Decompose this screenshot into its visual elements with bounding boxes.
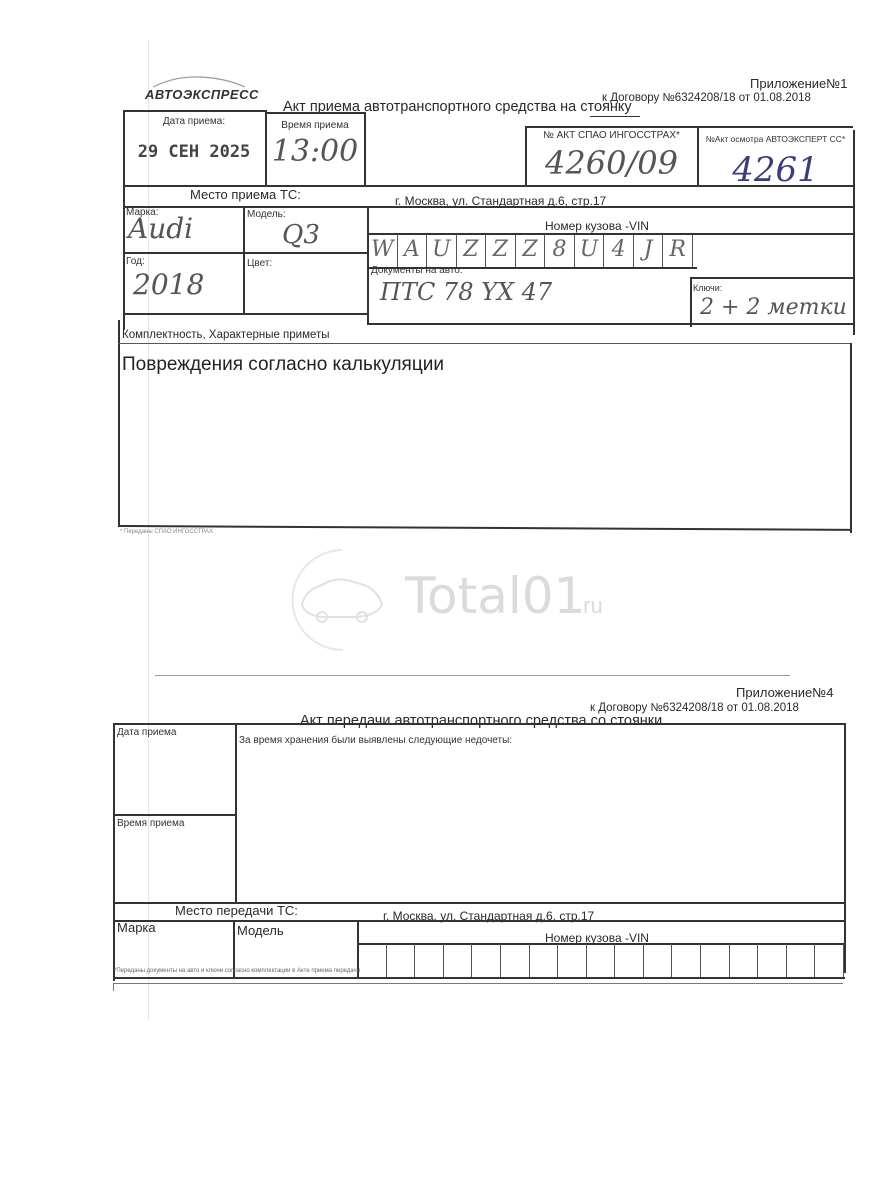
model-label: Модель — [237, 923, 284, 938]
brand-label: Марка — [117, 920, 156, 935]
vin-cell: Z — [457, 234, 487, 267]
vin-cell — [615, 944, 644, 978]
form-title: Акт передачи автотранспортного средства … — [300, 713, 662, 729]
car-silhouette-icon — [145, 74, 255, 88]
vin-cell — [787, 944, 816, 978]
logo-text: АВТОЭКСПРЕСС — [145, 87, 259, 102]
vin-cell — [815, 944, 844, 978]
completeness-value: Повреждения согласно калькуляции — [122, 354, 444, 376]
documents-label: Документы на авто: — [371, 265, 463, 276]
vin-cell — [387, 944, 416, 978]
date-label: Дата приема — [117, 727, 176, 738]
model-value: Q3 — [282, 220, 320, 250]
vin-cell: 4 — [604, 234, 634, 267]
vin-cell: Z — [486, 234, 516, 267]
vin-cell — [701, 944, 730, 978]
ingos-act-number: 4260/09 — [526, 144, 697, 182]
vin-cell — [558, 944, 587, 978]
vin-cell: R — [663, 234, 693, 267]
model-label: Модель: — [247, 209, 286, 220]
appendix-label: Приложение№1 — [750, 76, 847, 91]
form2-footnote: *Переданы документы на авто и ключи согл… — [114, 968, 360, 974]
place-label: Место приема ТС: — [190, 187, 301, 202]
watermark-text: Total01 — [405, 567, 585, 625]
place-label: Место передачи ТС: — [175, 903, 298, 918]
total01-watermark: Total01 .ru — [287, 545, 607, 655]
date-stamp: 29 СЕН 2025 — [124, 142, 264, 162]
keys-label: Ключи: — [693, 283, 722, 293]
inspection-act-label: №Акт осмотра АВТОЭКСПЕРТ СС* — [698, 134, 853, 144]
vin-cell: U — [427, 234, 457, 267]
color-label: Цвет: — [247, 258, 272, 269]
vin-cell — [758, 944, 787, 978]
appendix-label: Приложение№4 — [736, 685, 833, 700]
vin-cell: A — [398, 234, 428, 267]
vin-grid — [358, 944, 844, 978]
vin-cell — [530, 944, 559, 978]
vin-cell — [358, 944, 387, 978]
date-label: Дата приема: — [124, 116, 264, 127]
vin-cell: 8 — [545, 234, 575, 267]
vin-cell: U — [575, 234, 605, 267]
vin-cell: W — [368, 234, 398, 267]
vin-cell — [672, 944, 701, 978]
vin-label: Номер кузова -VIN — [545, 219, 649, 233]
year-value: 2018 — [133, 268, 204, 301]
time-label: Время приема — [117, 818, 184, 829]
inspection-act-number: 4261 — [698, 150, 853, 190]
autoexpress-logo: АВТОЭКСПРЕСС — [145, 74, 255, 104]
ingos-act-label: № АКТ СПАО ИНГОССТРАХ* — [526, 130, 697, 141]
vin-cell — [415, 944, 444, 978]
contract-reference: к Договору №6324208/18 от 01.08.2018 — [602, 92, 811, 104]
vin-cell — [472, 944, 501, 978]
vin-cell — [644, 944, 673, 978]
brand-value: Audi — [128, 212, 193, 245]
form1-footnote: * Переданы СПАО ИНГОССТРАХ — [120, 529, 213, 535]
vin-cell — [501, 944, 530, 978]
vin-grid: WAUZZZ8U4JR — [368, 234, 693, 267]
vin-cell: Z — [516, 234, 546, 267]
time-value: 13:00 — [266, 134, 364, 169]
keys-value: 2 + 2 метки — [700, 295, 847, 320]
completeness-label: Комплектность, Характерные приметы — [122, 329, 330, 341]
vin-cell — [730, 944, 759, 978]
documents-value: ПТС 78 YX 47 — [380, 278, 552, 306]
time-label: Время приема — [266, 120, 364, 131]
vin-cell — [587, 944, 616, 978]
watermark-suffix: .ru — [577, 593, 603, 619]
defects-label: За время хранения были выявлены следующи… — [239, 735, 512, 746]
vin-cell: J — [634, 234, 664, 267]
year-label: Год: — [126, 256, 145, 267]
vin-cell — [444, 944, 473, 978]
car-logo-icon — [287, 545, 397, 655]
